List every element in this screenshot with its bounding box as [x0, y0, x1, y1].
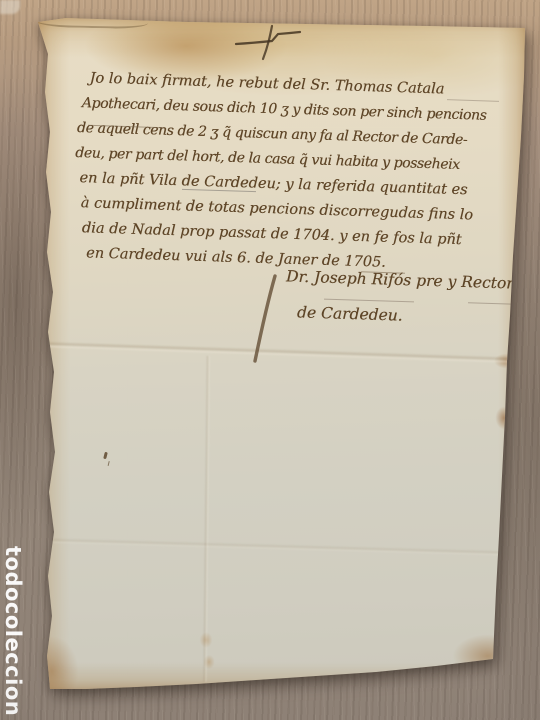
signature-line: de Cardedeu.: [297, 303, 403, 324]
manuscript-paper: Jo lo baix firmat, he rebut del Sr. Thom…: [36, 16, 528, 692]
ink-underline-rector: [468, 302, 516, 305]
manuscript-text-block: Jo lo baix firmat, he rebut del Sr. Thom…: [72, 66, 540, 281]
horizontal-fold-line-lower: [44, 537, 514, 556]
vertical-crease: [202, 356, 210, 682]
signature-underline-flourish: [36, 15, 148, 29]
signature-flourish: [252, 274, 278, 364]
ink-underline-joseph-rifos: [324, 299, 414, 303]
ink-cross-mark: [232, 22, 306, 62]
paper-shadow-wrap: Jo lo baix firmat, he rebut del Sr. Thom…: [0, 0, 540, 720]
photo-scene: Jo lo baix firmat, he rebut del Sr. Thom…: [0, 0, 540, 720]
watermark-todocoleccion: todocoleccion: [3, 546, 23, 716]
ink-speck: [103, 452, 108, 460]
horizontal-fold-line: [40, 341, 520, 364]
